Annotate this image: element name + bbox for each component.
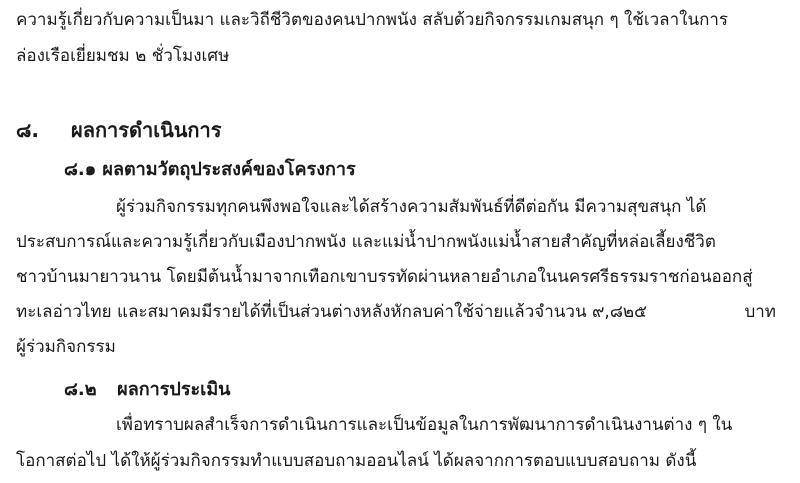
section-8-1-line-3: ชาวบ้านมายาวนาน โดยมีต้นน้ำมาจากเทือกเขา… (16, 265, 753, 289)
currency-label: บาท (744, 300, 776, 324)
section-8-1-line-1: ผู้ร่วมกิจกรรมทุกคนพึงพอใจและได้สร้างควา… (116, 195, 706, 219)
section-8-2-number: ๘.๒ (64, 379, 97, 400)
section-8-1-heading: ๘.๑ ผลตามวัตถุประสงค์ของโครงการ (64, 158, 356, 182)
section-8-1-line-4: ทะเลอ่าวไทย และสมาคมมีรายได้ที่เป็นส่วนต… (16, 300, 776, 324)
section-8-2-heading: ๘.๒ ผลการประเมิน (64, 378, 231, 402)
section-8-1-line-2: ประสบการณ์และความรู้เกี่ยวกับเมืองปากพนั… (16, 230, 716, 254)
intro-line-2: ล่องเรือเยี่ยมชม ๒ ชั่วโมงเศษ (16, 44, 229, 68)
section-8-heading: ๘. ผลการดำเนินการ (16, 118, 222, 142)
section-8-1-line-5: ผู้ร่วมกิจกรรม (16, 335, 116, 359)
section-8-2-title: ผลการประเมิน (117, 379, 230, 400)
section-8-2-line-2: โอกาสต่อไป ได้ให้ผู้ร่วมกิจกรรมทำแบบสอบถ… (16, 449, 696, 473)
section-8-title: ผลการดำเนินการ (71, 118, 222, 142)
intro-line-1: ความรู้เกี่ยวกับความเป็นมา และวิถีชีวิตข… (16, 8, 728, 32)
section-8-2-line-1: เพื่อทราบผลสำเร็จการดำเนินการและเป็นข้อม… (116, 413, 732, 437)
section-8-number: ๘. (16, 118, 39, 142)
income-text: ทะเลอ่าวไทย และสมาคมมีรายได้ที่เป็นส่วนต… (16, 300, 647, 324)
